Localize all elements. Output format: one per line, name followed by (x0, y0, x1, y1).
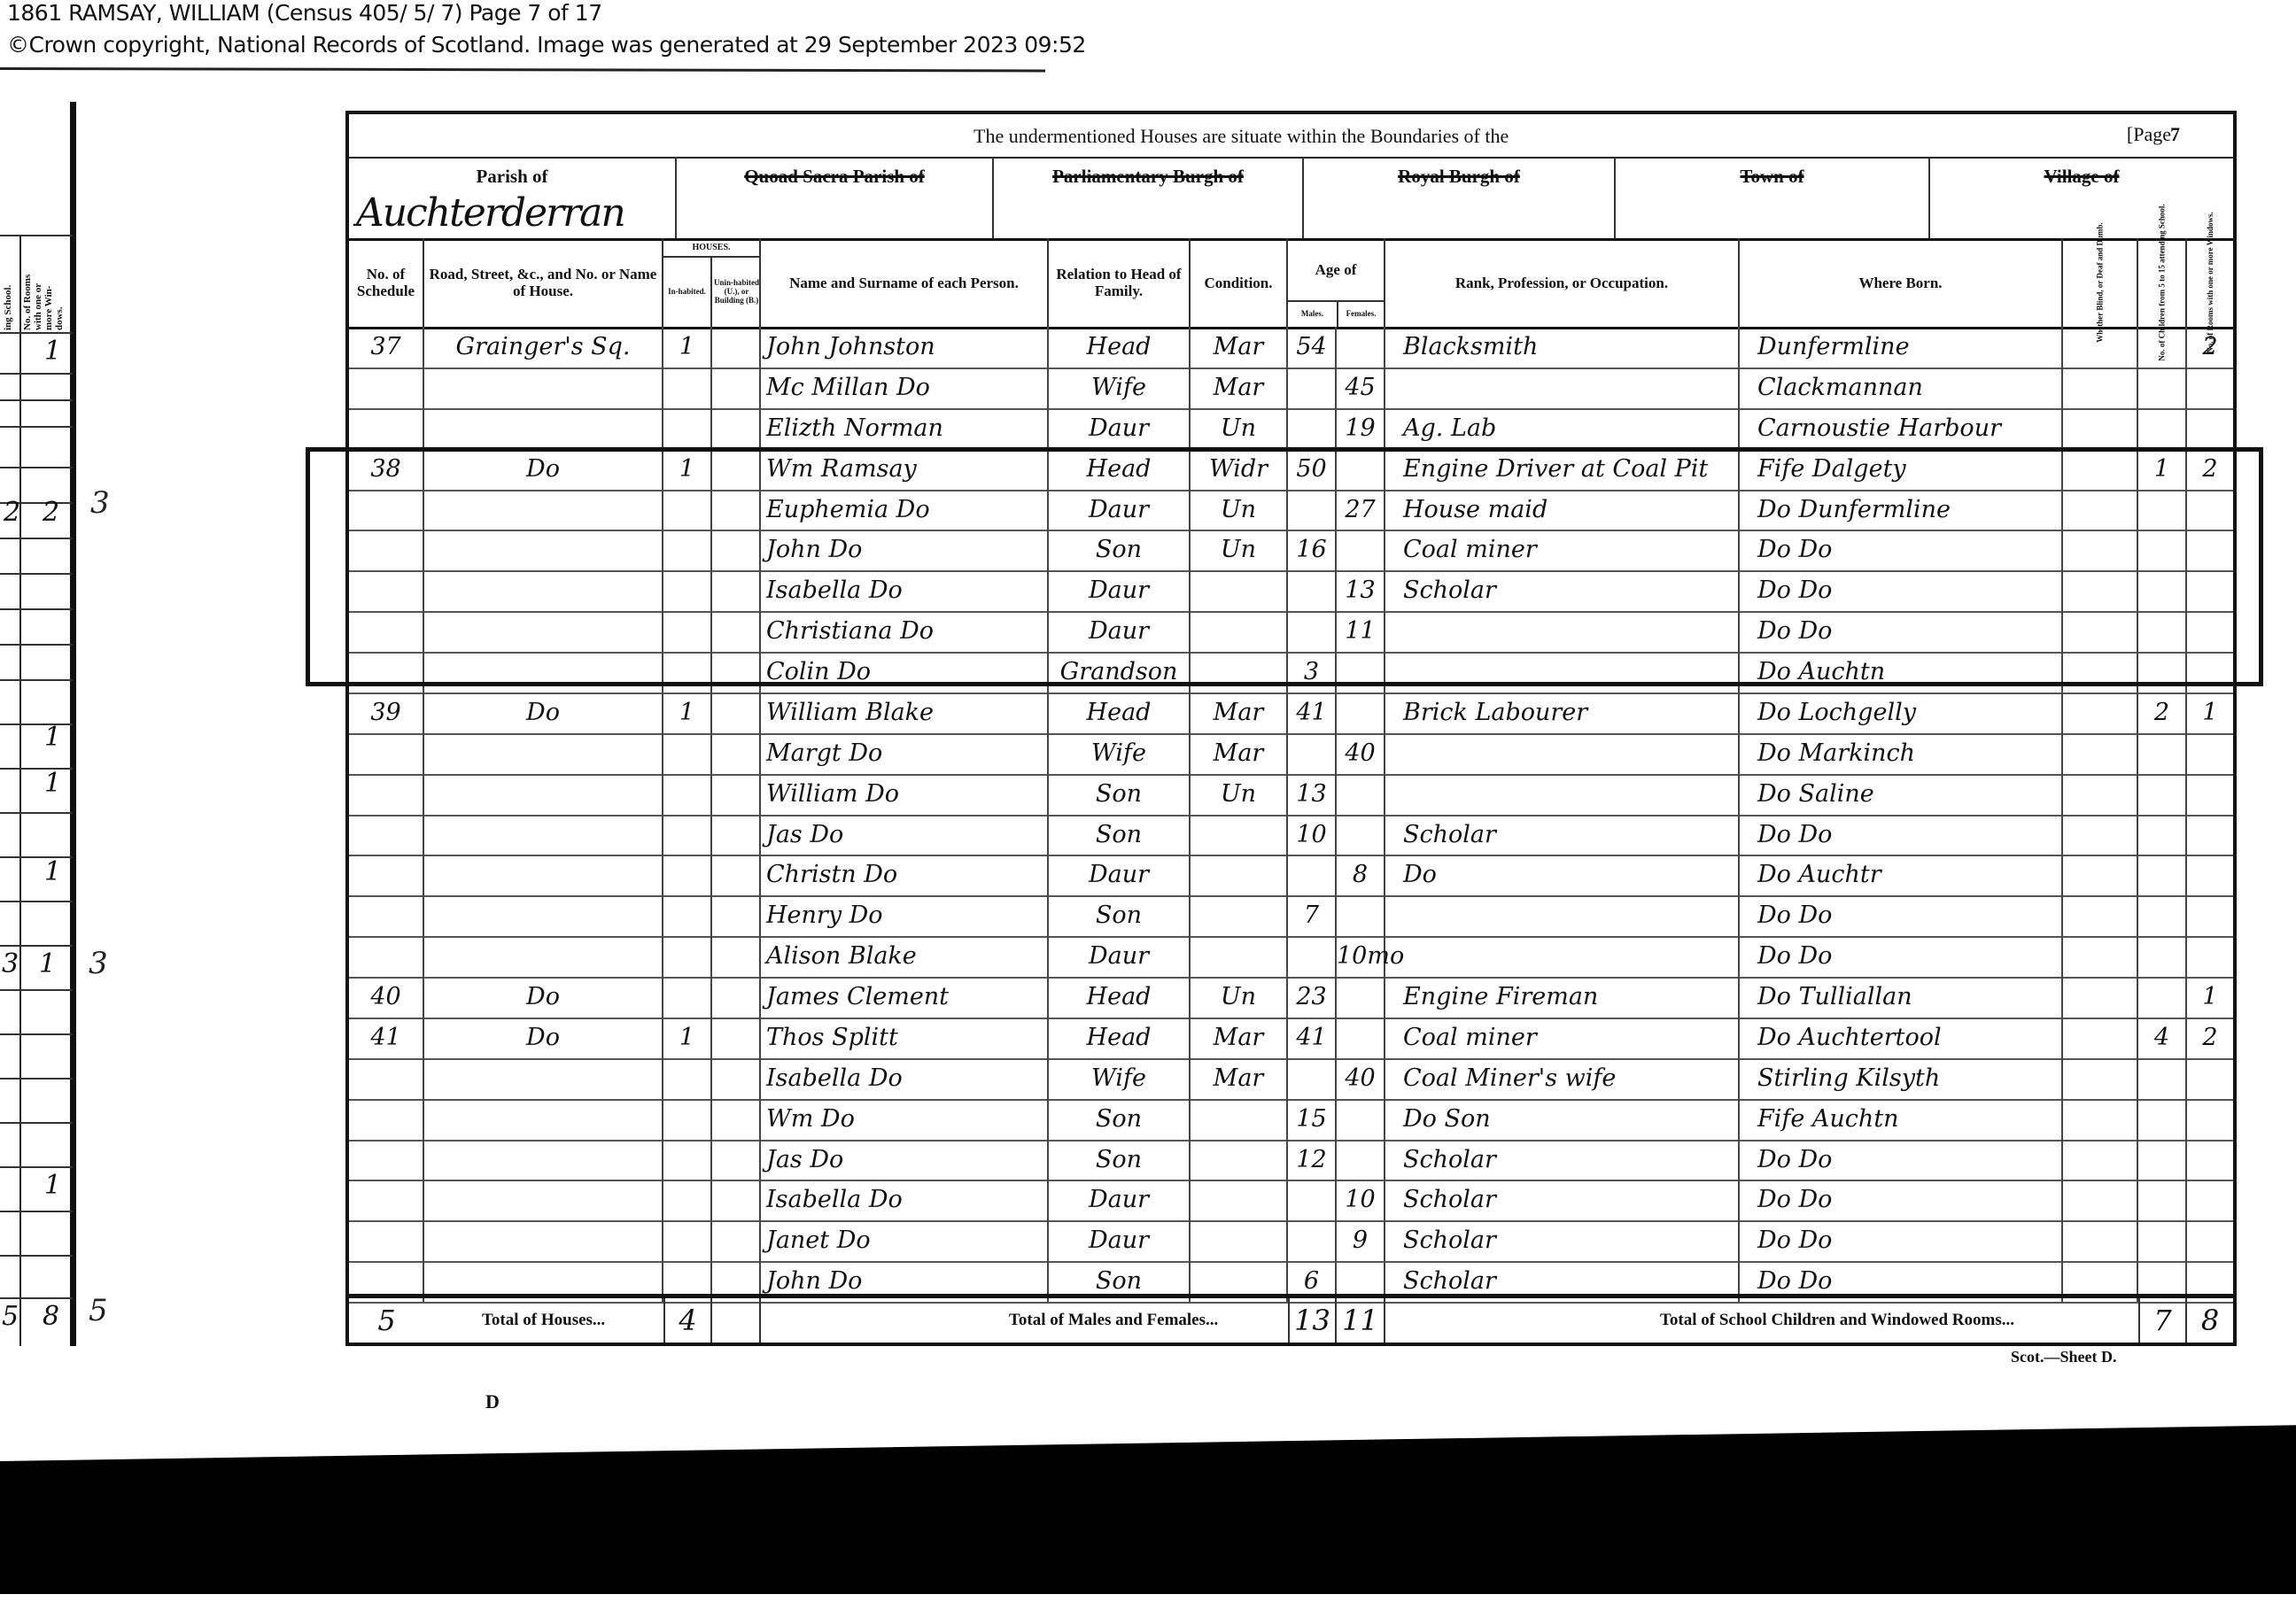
windowed-rooms-cell (2187, 530, 2233, 570)
schedule-cell (349, 408, 424, 449)
total-school-children: 7 (2138, 1298, 2187, 1343)
schedule-cell (349, 733, 424, 774)
male-age-cell: 41 (1288, 693, 1337, 733)
occupation-cell (1385, 368, 1740, 408)
road-cell (424, 815, 663, 855)
uninhabited-cell (712, 449, 761, 490)
road-cell (424, 408, 663, 449)
col-males: Males. (1288, 300, 1338, 327)
person-name-cell: Colin Do (761, 652, 1049, 693)
col-relation: Relation to Head of Family. (1049, 238, 1191, 327)
windowed-rooms-cell (2187, 1099, 2233, 1140)
male-age-cell: 16 (1288, 530, 1337, 570)
relation-cell: Daur (1049, 408, 1191, 449)
female-age-cell (1337, 1018, 1385, 1058)
school-children-cell (2138, 368, 2187, 408)
schedule-cell: 38 (349, 449, 424, 490)
total-windowed-rooms: 8 (2187, 1298, 2233, 1343)
road-cell (424, 1220, 663, 1261)
female-age-cell: 9 (1337, 1220, 1385, 1261)
col-occupation: Rank, Profession, or Occupation. (1385, 238, 1740, 327)
table-row: Henry Do Son 7 Do Do (349, 895, 2233, 938)
schedule-cell (349, 815, 424, 855)
blind-deaf-cell (2063, 693, 2138, 733)
fragment-value: 1 (44, 856, 61, 887)
windowed-rooms-cell (2187, 1140, 2233, 1180)
where-born-cell: Stirling Kilsyth (1740, 1058, 2063, 1099)
inhabited-cell (663, 368, 712, 408)
relation-cell: Son (1049, 1099, 1191, 1140)
table-row: 40 Do James Clement Head Un 23 Engine Fi… (349, 977, 2233, 1019)
where-born-cell: Do Do (1740, 530, 2063, 570)
col-houses: HOUSES. In-habited. Unin-habited (U.), o… (663, 238, 761, 327)
uninhabited-cell (712, 733, 761, 774)
female-age-cell (1337, 327, 1385, 368)
where-born-cell: Fife Dalgety (1740, 449, 2063, 490)
schedule-cell (349, 652, 424, 693)
column-header-row: No. of Schedule Road, Street, &c., and N… (349, 238, 2233, 329)
female-age-cell (1337, 977, 1385, 1018)
female-age-cell: 40 (1337, 733, 1385, 774)
relation-cell: Wife (1049, 1058, 1191, 1099)
table-row: Elizth Norman Daur Un 19 Ag. Lab Carnous… (349, 408, 2233, 451)
where-born-cell: Do Do (1740, 1140, 2063, 1180)
windowed-rooms-cell (2187, 570, 2233, 611)
table-row: Isabella Do Daur 13 Scholar Do Do (349, 570, 2233, 613)
relation-cell: Head (1049, 1018, 1191, 1058)
school-children-cell (2138, 733, 2187, 774)
condition-cell (1191, 1099, 1288, 1140)
table-row: John Do Son Un 16 Coal miner Do Do (349, 530, 2233, 572)
male-age-cell: 41 (1288, 1018, 1337, 1058)
person-name-cell: Wm Ramsay (761, 449, 1049, 490)
col-rooms: No. of Rooms with one or more Windows. (2187, 238, 2233, 327)
fragment-value: 1 (44, 722, 61, 753)
inhabited-cell (663, 530, 712, 570)
road-cell: Do (424, 449, 663, 490)
table-row: Isabella Do Wife Mar 40 Coal Miner's wif… (349, 1058, 2233, 1101)
col-where-born: Where Born. (1740, 238, 2063, 327)
schedule-cell (349, 1220, 424, 1261)
total-houses-value: 4 (663, 1298, 712, 1343)
fragment-value: 1 (44, 1170, 61, 1201)
where-born-cell: Do Lochgelly (1740, 693, 2063, 733)
relation-cell: Wife (1049, 368, 1191, 408)
blind-deaf-cell (2063, 449, 2138, 490)
schedule-cell: 40 (349, 977, 424, 1018)
occupation-cell: Scholar (1385, 1180, 1740, 1220)
female-age-cell: 8 (1337, 855, 1385, 895)
census-rows: 37 Grainger's Sq. 1 John Johnston Head M… (349, 327, 2233, 1302)
windowed-rooms-cell: 2 (2187, 449, 2233, 490)
schedule-cell (349, 530, 424, 570)
blind-deaf-cell (2063, 1140, 2138, 1180)
road-cell (424, 774, 663, 815)
inhabited-cell (663, 1058, 712, 1099)
table-row: Colin Do Grandson 3 Do Auchtn (349, 652, 2233, 694)
blind-deaf-cell (2063, 1058, 2138, 1099)
relation-cell: Daur (1049, 490, 1191, 530)
inhabited-cell (663, 408, 712, 449)
windowed-rooms-cell: 1 (2187, 693, 2233, 733)
table-row: Jas Do Son 12 Scholar Do Do (349, 1140, 2233, 1182)
female-age-cell (1337, 530, 1385, 570)
schedule-cell (349, 1140, 424, 1180)
where-born-cell: Do Do (1740, 570, 2063, 611)
schedule-cell (349, 895, 424, 936)
blind-deaf-cell (2063, 490, 2138, 530)
condition-cell: Mar (1191, 327, 1288, 368)
total-uninhabited (712, 1298, 761, 1343)
fragment-value: 1 (44, 336, 61, 367)
male-age-cell (1288, 1058, 1337, 1099)
school-children-cell (2138, 652, 2187, 693)
road-cell (424, 1140, 663, 1180)
condition-cell (1191, 1180, 1288, 1220)
person-name-cell: Jas Do (761, 815, 1049, 855)
blind-deaf-cell (2063, 327, 2138, 368)
uninhabited-cell (712, 815, 761, 855)
condition-cell: Mar (1191, 1058, 1288, 1099)
occupation-cell: Scholar (1385, 1140, 1740, 1180)
female-age-cell: 11 (1337, 611, 1385, 652)
table-row: Christiana Do Daur 11 Do Do (349, 611, 2233, 654)
windowed-rooms-cell: 1 (2187, 977, 2233, 1018)
blind-deaf-cell (2063, 936, 2138, 977)
occupation-cell: Brick Labourer (1385, 693, 1740, 733)
condition-cell: Widr (1191, 449, 1288, 490)
where-born-cell: Do Saline (1740, 774, 2063, 815)
male-age-cell (1288, 936, 1337, 977)
occupation-cell: Coal Miner's wife (1385, 1058, 1740, 1099)
condition-cell: Mar (1191, 693, 1288, 733)
school-children-cell (2138, 1140, 2187, 1180)
scan-black-band (0, 1505, 2296, 1594)
boundaries-banner: The undermentioned Houses are situate wi… (349, 114, 2233, 159)
inhabited-cell (663, 936, 712, 977)
where-born-cell: Do Do (1740, 895, 2063, 936)
condition-cell: Mar (1191, 733, 1288, 774)
inhabited-cell (663, 490, 712, 530)
female-age-cell: 10 (1337, 1180, 1385, 1220)
female-age-cell: 10mo (1337, 936, 1385, 977)
female-age-cell (1337, 1099, 1385, 1140)
occupation-cell: Scholar (1385, 815, 1740, 855)
relation-cell: Head (1049, 977, 1191, 1018)
blind-deaf-cell (2063, 1018, 2138, 1058)
road-cell (424, 936, 663, 977)
inhabited-cell (663, 815, 712, 855)
where-born-cell: Do Auchtertool (1740, 1018, 2063, 1058)
table-row: William Do Son Un 13 Do Saline (349, 774, 2233, 816)
occupation-cell (1385, 652, 1740, 693)
uninhabited-cell (712, 1220, 761, 1261)
windowed-rooms-cell: 2 (2187, 327, 2233, 368)
parliamentary-burgh-cell: Parliamentary Burgh of (994, 157, 1304, 238)
windowed-rooms-cell (2187, 490, 2233, 530)
sheet-mark: Scot.—Sheet D. (2011, 1348, 2117, 1366)
blind-deaf-cell (2063, 977, 2138, 1018)
fragment-total-rooms: 8 (43, 1301, 59, 1332)
occupation-cell (1385, 611, 1740, 652)
occupation-cell: Ag. Lab (1385, 408, 1740, 449)
female-age-cell (1337, 449, 1385, 490)
windowed-rooms-cell: 2 (2187, 1018, 2233, 1058)
person-name-cell: James Clement (761, 977, 1049, 1018)
male-age-cell: 23 (1288, 977, 1337, 1018)
schedule-cell (349, 368, 424, 408)
person-name-cell: John Johnston (761, 327, 1049, 368)
where-born-cell: Carnoustie Harbour (1740, 408, 2063, 449)
female-age-cell: 13 (1337, 570, 1385, 611)
relation-cell: Daur (1049, 855, 1191, 895)
occupation-cell: Scholar (1385, 570, 1740, 611)
school-children-cell (2138, 408, 2187, 449)
condition-cell (1191, 652, 1288, 693)
total-males: 13 (1288, 1298, 1337, 1343)
fragment-value: 2 (4, 497, 20, 528)
road-cell (424, 1099, 663, 1140)
relation-cell: Wife (1049, 733, 1191, 774)
condition-cell (1191, 570, 1288, 611)
occupation-cell: Blacksmith (1385, 327, 1740, 368)
school-children-cell: 2 (2138, 693, 2187, 733)
condition-cell: Un (1191, 530, 1288, 570)
male-age-cell: 3 (1288, 652, 1337, 693)
school-children-cell (2138, 977, 2187, 1018)
margin-note: 3 (89, 946, 108, 981)
road-cell (424, 530, 663, 570)
school-children-cell (2138, 1058, 2187, 1099)
school-children-cell (2138, 611, 2187, 652)
person-name-cell: Christn Do (761, 855, 1049, 895)
windowed-rooms-cell (2187, 815, 2233, 855)
condition-cell (1191, 611, 1288, 652)
blind-deaf-cell (2063, 530, 2138, 570)
fragment-value: 3 (2, 948, 19, 979)
col-inhabited: In-habited. (663, 256, 712, 327)
uninhabited-cell (712, 530, 761, 570)
total-females: 11 (1337, 1298, 1385, 1343)
person-name-cell: Isabella Do (761, 1058, 1049, 1099)
col-children: No. of Children from 5 to 15 attending S… (2138, 238, 2187, 327)
person-name-cell: Isabella Do (761, 570, 1049, 611)
road-cell (424, 611, 663, 652)
inhabited-cell (663, 611, 712, 652)
road-cell (424, 368, 663, 408)
margin-note: 3 (90, 485, 110, 521)
person-name-cell: Wm Do (761, 1099, 1049, 1140)
schedule-cell (349, 855, 424, 895)
road-cell (424, 652, 663, 693)
occupation-cell: House maid (1385, 490, 1740, 530)
relation-cell: Head (1049, 693, 1191, 733)
school-children-cell: 4 (2138, 1018, 2187, 1058)
male-age-cell: 10 (1288, 815, 1337, 855)
where-born-cell: Do Do (1740, 611, 2063, 652)
school-children-cell (2138, 530, 2187, 570)
person-name-cell: Alison Blake (761, 936, 1049, 977)
col-females: Females. (1337, 300, 1385, 327)
windowed-rooms-cell (2187, 895, 2233, 936)
col-name: Name and Surname of each Person. (761, 238, 1049, 327)
col-age: Age of Males. Females. (1288, 238, 1385, 327)
uninhabited-cell (712, 936, 761, 977)
person-name-cell: William Do (761, 774, 1049, 815)
female-age-cell: 45 (1337, 368, 1385, 408)
windowed-rooms-cell (2187, 652, 2233, 693)
person-name-cell: William Blake (761, 693, 1049, 733)
female-age-cell (1337, 895, 1385, 936)
occupation-cell (1385, 936, 1740, 977)
table-row: Margt Do Wife Mar 40 Do Markinch (349, 733, 2233, 776)
condition-cell: Un (1191, 490, 1288, 530)
female-age-cell (1337, 815, 1385, 855)
road-cell: Grainger's Sq. (424, 327, 663, 368)
condition-cell (1191, 936, 1288, 977)
female-age-cell: 27 (1337, 490, 1385, 530)
blind-deaf-cell (2063, 815, 2138, 855)
windowed-rooms-cell (2187, 936, 2233, 977)
school-children-cell (2138, 570, 2187, 611)
school-children-cell (2138, 774, 2187, 815)
school-children-cell (2138, 936, 2187, 977)
uninhabited-cell (712, 977, 761, 1018)
scan-edge-line (0, 67, 1045, 72)
table-row: Alison Blake Daur 10mo Do Do (349, 936, 2233, 979)
where-born-cell: Do Dunfermline (1740, 490, 2063, 530)
where-born-cell: Fife Auchtn (1740, 1099, 2063, 1140)
relation-cell: Head (1049, 327, 1191, 368)
relation-cell: Daur (1049, 1220, 1191, 1261)
relation-cell: Daur (1049, 1180, 1191, 1220)
royal-burgh-cell: Royal Burgh of (1304, 157, 1616, 238)
occupation-cell: Scholar (1385, 1220, 1740, 1261)
totals-row: 5 Total of Houses... 4 Total of Males an… (349, 1294, 2233, 1343)
female-age-cell (1337, 652, 1385, 693)
schedule-cell (349, 1180, 424, 1220)
school-children-cell (2138, 855, 2187, 895)
previous-page-fragment: ing School. No. of Rooms with one or mor… (0, 102, 80, 1346)
male-age-cell: 50 (1288, 449, 1337, 490)
road-cell (424, 490, 663, 530)
school-children-cell: 1 (2138, 449, 2187, 490)
uninhabited-cell (712, 1018, 761, 1058)
banner-text: The undermentioned Houses are situate wi… (973, 125, 1509, 148)
where-born-cell: Do Do (1740, 1220, 2063, 1261)
schedule-cell: 37 (349, 327, 424, 368)
quoad-sacra-cell: Quoad Sacra Parish of (677, 157, 994, 238)
female-age-cell: 19 (1337, 408, 1385, 449)
occupation-cell (1385, 733, 1740, 774)
condition-cell: Mar (1191, 368, 1288, 408)
school-children-cell (2138, 1220, 2187, 1261)
uninhabited-cell (712, 327, 761, 368)
male-age-cell (1288, 733, 1337, 774)
relation-cell: Son (1049, 895, 1191, 936)
relation-cell: Daur (1049, 936, 1191, 977)
occupation-cell: Coal miner (1385, 1018, 1740, 1058)
boundary-row: Parish of Auchterderran Quoad Sacra Pari… (349, 157, 2233, 241)
d-mark: D (485, 1390, 500, 1413)
relation-cell: Grandson (1049, 652, 1191, 693)
male-age-cell: 13 (1288, 774, 1337, 815)
col-road: Road, Street, &c., and No. or Name of Ho… (424, 238, 663, 327)
table-row: 37 Grainger's Sq. 1 John Johnston Head M… (349, 327, 2233, 369)
uninhabited-cell (712, 490, 761, 530)
person-name-cell: Christiana Do (761, 611, 1049, 652)
where-born-cell: Do Do (1740, 815, 2063, 855)
schedule-cell (349, 490, 424, 530)
occupation-cell (1385, 774, 1740, 815)
col-blind: Whether Blind, or Deaf and Dumb. (2063, 238, 2138, 327)
road-cell (424, 895, 663, 936)
blind-deaf-cell (2063, 408, 2138, 449)
table-row: 38 Do 1 Wm Ramsay Head Widr 50 Engine Dr… (349, 449, 2233, 491)
schedule-cell: 41 (349, 1018, 424, 1058)
uninhabited-cell (712, 652, 761, 693)
col-condition: Condition. (1191, 238, 1288, 327)
inhabited-cell (663, 1099, 712, 1140)
schedule-cell (349, 936, 424, 977)
where-born-cell: Dunfermline (1740, 327, 2063, 368)
female-age-cell: 40 (1337, 1058, 1385, 1099)
uninhabited-cell (712, 895, 761, 936)
schedule-cell (349, 1058, 424, 1099)
school-children-cell (2138, 895, 2187, 936)
uninhabited-cell (712, 693, 761, 733)
person-name-cell: Jas Do (761, 1140, 1049, 1180)
male-age-cell (1288, 490, 1337, 530)
schedule-cell: 39 (349, 693, 424, 733)
uninhabited-cell (712, 1180, 761, 1220)
page-number: 7 (2170, 123, 2180, 146)
margin-note: 5 (89, 1293, 108, 1328)
person-name-cell: Janet Do (761, 1220, 1049, 1261)
school-children-cell (2138, 815, 2187, 855)
inhabited-cell (663, 1220, 712, 1261)
where-born-cell: Do Do (1740, 1180, 2063, 1220)
schedule-cell (349, 570, 424, 611)
road-cell: Do (424, 977, 663, 1018)
table-row: 41 Do 1 Thos Splitt Head Mar 41 Coal min… (349, 1018, 2233, 1060)
blind-deaf-cell (2063, 652, 2138, 693)
col-uninhabited: Unin-habited (U.), or Building (B.) (712, 256, 761, 327)
total-houses-label: Total of Houses... (482, 1298, 605, 1343)
road-cell (424, 1058, 663, 1099)
inhabited-cell: 1 (663, 1018, 712, 1058)
occupation-cell: Do Son (1385, 1099, 1740, 1140)
male-age-cell (1288, 855, 1337, 895)
where-born-cell: Do Markinch (1740, 733, 2063, 774)
where-born-cell: Clackmannan (1740, 368, 2063, 408)
uninhabited-cell (712, 1140, 761, 1180)
town-cell: Town of (1616, 157, 1930, 238)
uninhabited-cell (712, 611, 761, 652)
where-born-cell: Do Auchtr (1740, 855, 2063, 895)
condition-cell (1191, 1220, 1288, 1261)
blind-deaf-cell (2063, 1220, 2138, 1261)
road-cell (424, 1180, 663, 1220)
road-cell (424, 733, 663, 774)
column-divider (19, 235, 21, 1346)
copyright-notice: ©Crown copyright, National Records of Sc… (7, 32, 1086, 58)
windowed-rooms-cell (2187, 611, 2233, 652)
road-cell (424, 570, 663, 611)
male-age-cell: 7 (1288, 895, 1337, 936)
inhabited-cell (663, 855, 712, 895)
parish-cell: Parish of Auchterderran (349, 157, 677, 238)
